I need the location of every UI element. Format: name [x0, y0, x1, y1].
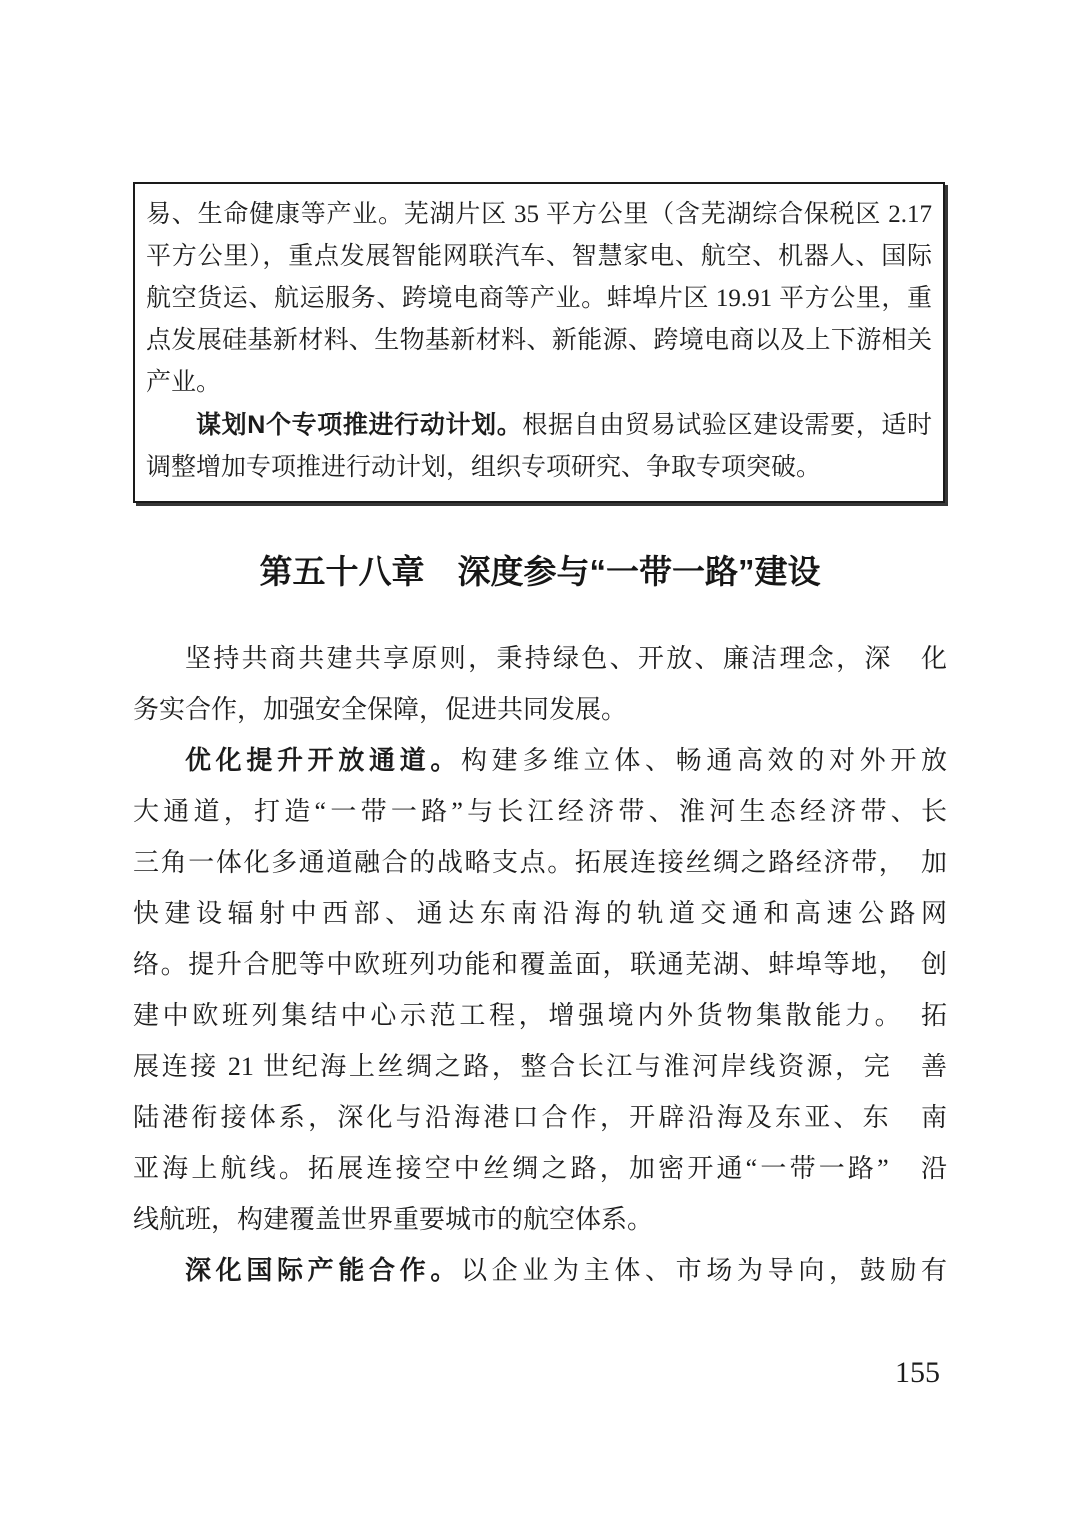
- paragraph-text: 易、生命健康等产业。芜湖片区 35 平方公里（含芜湖综合保税区 2.17: [146, 201, 932, 228]
- text-line: 平方公里），重点发展智能网联汽车、智慧家电、航空、机器人、国际: [146, 236, 932, 278]
- paragraph-text: 快建设辐射中西部、通达东南沿海的轨道交通和高速公路网: [133, 899, 947, 928]
- paragraph-text: 亚海上航线。拓展连接空中丝绸之路，加密开通“一带一路” 沿: [133, 1154, 947, 1183]
- paragraph-text: 线航班，构建覆盖世界重要城市的航空体系。: [133, 1205, 653, 1234]
- text-line: 快建设辐射中西部、通达东南沿海的轨道交通和高速公路网: [133, 888, 947, 939]
- paragraph-text: 三角一体化多通道融合的战略支点。拓展连接丝绸之路经济带， 加: [133, 848, 947, 877]
- chapter-heading: 第五十八章 深度参与“一带一路”建设: [0, 546, 1080, 593]
- paragraph-text: 大通道，打造“一带一路”与长江经济带、淮河生态经济带、长: [133, 797, 947, 826]
- bold-lead-text: 谋划N个专项推进行动计划。: [196, 411, 522, 439]
- text-line: 产业。: [146, 362, 932, 404]
- bold-lead-text: 优化提升开放通道。: [185, 745, 461, 775]
- paragraph-text: 坚持共商共建共享原则，秉持绿色、开放、廉洁理念，深 化: [185, 644, 947, 673]
- paragraph-text: 陆港衔接体系，深化与沿海港口合作，开辟沿海及东亚、东 南: [133, 1103, 947, 1132]
- text-line: 三角一体化多通道融合的战略支点。拓展连接丝绸之路经济带， 加: [133, 837, 947, 888]
- framed-callout-box: 易、生命健康等产业。芜湖片区 35 平方公里（含芜湖综合保税区 2.17平方公里…: [133, 182, 945, 503]
- paragraph-text: 以企业为主体、市场为导向，鼓励有: [461, 1256, 947, 1285]
- text-line: 络。提升合肥等中欧班列功能和覆盖面，联通芜湖、蚌埠等地， 创: [133, 939, 947, 990]
- text-line: 航空货运、航运服务、跨境电商等产业。蚌埠片区 19.91 平方公里，重: [146, 278, 932, 320]
- paragraph-text: 建中欧班列集结中心示范工程，增强境内外货物集散能力。 拓: [133, 1001, 947, 1030]
- body-text-block: 坚持共商共建共享原则，秉持绿色、开放、廉洁理念，深 化务实合作，加强安全保障，促…: [133, 633, 947, 1296]
- text-line: 易、生命健康等产业。芜湖片区 35 平方公里（含芜湖综合保税区 2.17: [146, 194, 932, 236]
- text-line: 优化提升开放通道。构建多维立体、畅通高效的对外开放: [133, 735, 947, 786]
- text-line: 线航班，构建覆盖世界重要城市的航空体系。: [133, 1194, 947, 1245]
- paragraph-text: 展连接 21 世纪海上丝绸之路，整合长江与淮河岸线资源，完 善: [133, 1052, 947, 1081]
- text-line: 展连接 21 世纪海上丝绸之路，整合长江与淮河岸线资源，完 善: [133, 1041, 947, 1092]
- text-line: 建中欧班列集结中心示范工程，增强境内外货物集散能力。 拓: [133, 990, 947, 1041]
- paragraph-text: 点发展硅基新材料、生物基新材料、新能源、跨境电商以及上下游相关: [146, 327, 932, 354]
- text-line: 点发展硅基新材料、生物基新材料、新能源、跨境电商以及上下游相关: [146, 320, 932, 362]
- bold-lead-text: 深化国际产能合作。: [185, 1255, 461, 1285]
- text-line: 谋划N个专项推进行动计划。根据自由贸易试验区建设需要，适时: [146, 404, 932, 447]
- text-line: 调整增加专项推进行动计划，组织专项研究、争取专项突破。: [146, 447, 932, 489]
- paragraph-text: 平方公里），重点发展智能网联汽车、智慧家电、航空、机器人、国际: [146, 243, 932, 270]
- text-line: 亚海上航线。拓展连接空中丝绸之路，加密开通“一带一路” 沿: [133, 1143, 947, 1194]
- paragraph-text: 调整增加专项推进行动计划，组织专项研究、争取专项突破。: [146, 454, 821, 481]
- text-line: 深化国际产能合作。以企业为主体、市场为导向，鼓励有: [133, 1245, 947, 1296]
- page-number: 155: [895, 1356, 940, 1390]
- document-page: 易、生命健康等产业。芜湖片区 35 平方公里（含芜湖综合保税区 2.17平方公里…: [0, 0, 1080, 1527]
- paragraph-text: 络。提升合肥等中欧班列功能和覆盖面，联通芜湖、蚌埠等地， 创: [133, 950, 947, 979]
- paragraph-text: 务实合作，加强安全保障，促进共同发展。: [133, 695, 627, 724]
- text-line: 坚持共商共建共享原则，秉持绿色、开放、廉洁理念，深 化: [133, 633, 947, 684]
- paragraph-text: 根据自由贸易试验区建设需要，适时: [522, 412, 932, 439]
- paragraph-text: 构建多维立体、畅通高效的对外开放: [461, 746, 947, 775]
- paragraph-text: 产业。: [146, 369, 221, 396]
- paragraph-text: 航空货运、航运服务、跨境电商等产业。蚌埠片区 19.91 平方公里，重: [146, 285, 932, 312]
- text-line: 务实合作，加强安全保障，促进共同发展。: [133, 684, 947, 735]
- text-line: 陆港衔接体系，深化与沿海港口合作，开辟沿海及东亚、东 南: [133, 1092, 947, 1143]
- text-line: 大通道，打造“一带一路”与长江经济带、淮河生态经济带、长: [133, 786, 947, 837]
